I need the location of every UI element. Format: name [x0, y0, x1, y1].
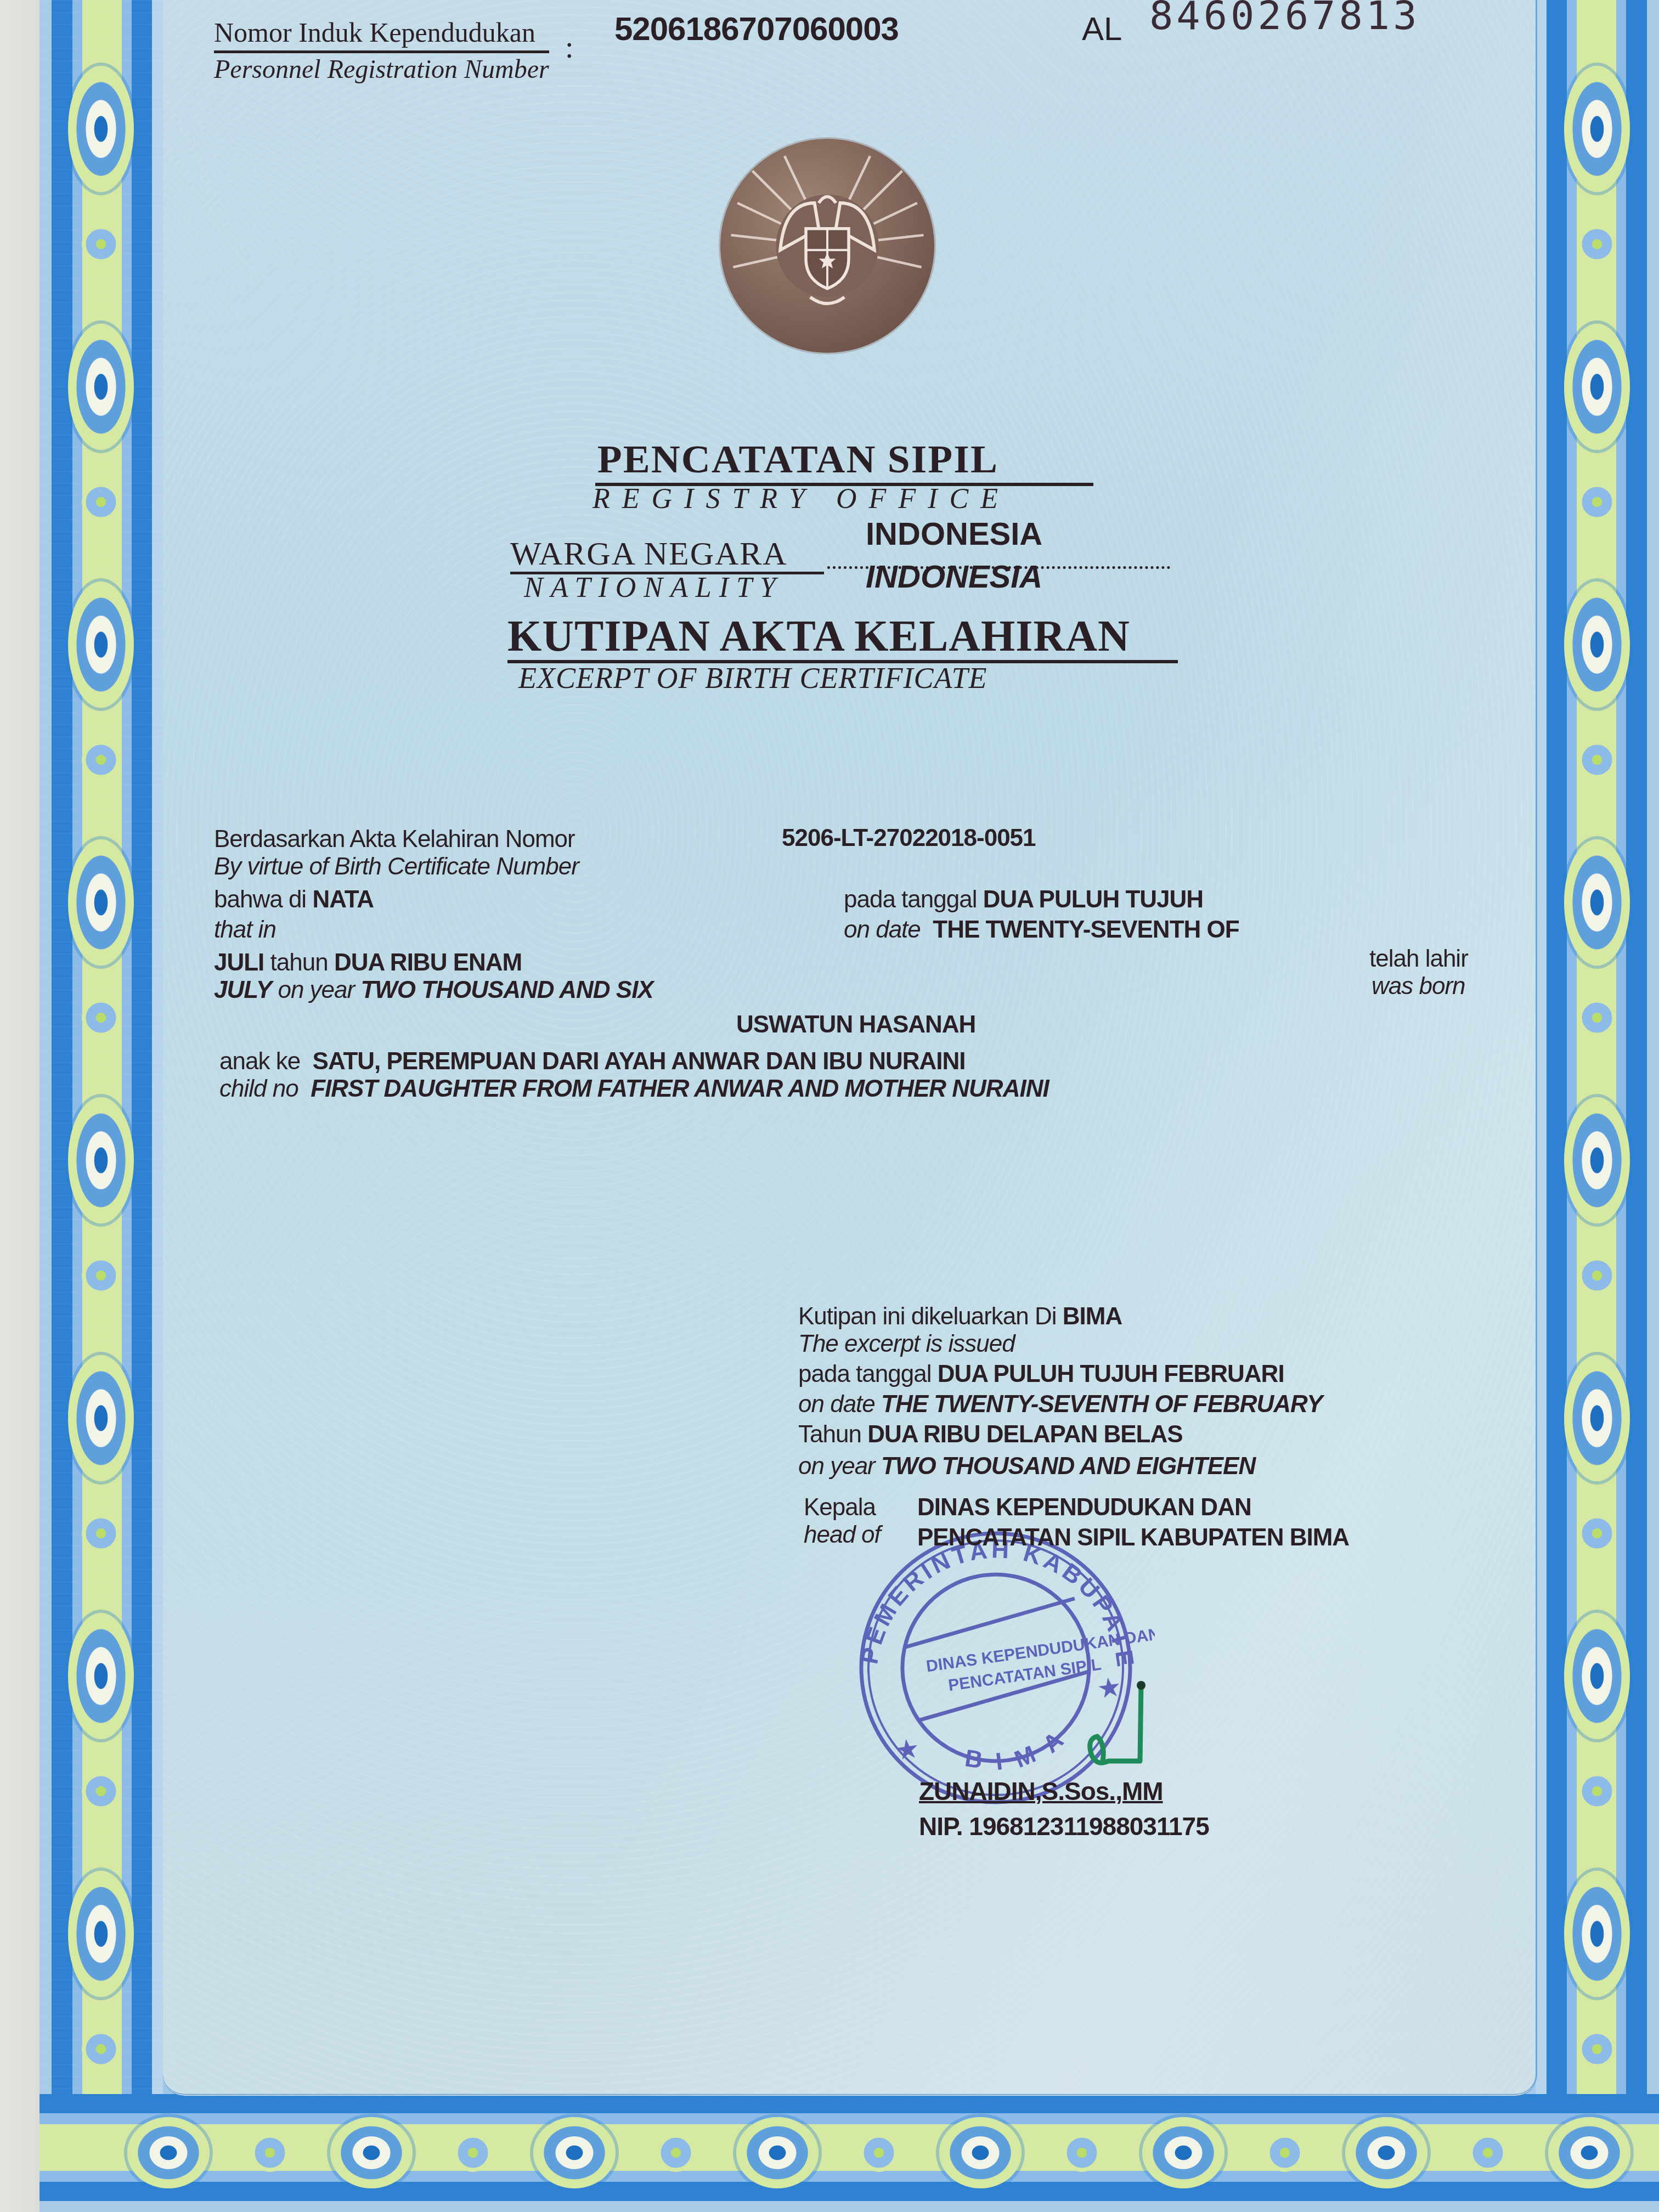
issued-year-value-en: TWO THOUSAND AND EIGHTEEN — [881, 1453, 1255, 1480]
border-ornament — [68, 839, 134, 966]
border-ornament — [82, 998, 120, 1037]
birth-date-en: on date THE TWENTY-SEVENTH OF — [844, 916, 1239, 944]
head-label-en: head of — [804, 1521, 881, 1549]
head-label: Kepala — [804, 1494, 876, 1521]
border-ornament — [82, 2030, 120, 2068]
birth-place-label: bahwa di — [214, 886, 306, 913]
border-ornament — [1578, 483, 1616, 521]
issued-label-en: The excerpt is issued — [798, 1330, 1015, 1358]
serial-number: 8460267813 — [1149, 0, 1420, 38]
signatory-name: ZUNAIDIN,S.Sos.,MM — [919, 1776, 1163, 1806]
birth-place: bahwa di NATA — [214, 886, 374, 913]
office-title-en: REGISTRY OFFICE — [592, 483, 1010, 515]
nik-label-id: Nomor Induk Kependudukan — [214, 16, 549, 53]
issued-date-en: on date THE TWENTY-SEVENTH OF FEBRUARY — [798, 1391, 1322, 1418]
child-order: anak ke SATU, PEREMPUAN DARI AYAH ANWAR … — [219, 1048, 966, 1075]
border-ornament — [251, 2134, 289, 2172]
issued-date-label: pada tanggal — [798, 1361, 931, 1387]
nationality-value: INDONESIA — [866, 516, 1042, 552]
border-ornament — [1564, 66, 1630, 192]
border-ornament — [82, 741, 120, 779]
issued-date-value-en: THE TWENTY-SEVENTH OF FEBRUARY — [881, 1391, 1322, 1418]
nik-label: Nomor Induk Kependudukan Personnel Regis… — [214, 16, 549, 84]
border-ornament — [1548, 2117, 1630, 2188]
child-order-label-en: child no — [219, 1075, 298, 1102]
border-ornament — [127, 2117, 210, 2188]
border-ornament — [1564, 1871, 1630, 1997]
child-order-en: child no FIRST DAUGHTER FROM FATHER ANWA… — [219, 1075, 1049, 1103]
birth-date-label-en: on date — [844, 916, 921, 943]
birth-year: DUA RIBU ENAM — [334, 949, 522, 976]
issued-place-label: Kutipan ini dikeluarkan Di — [798, 1303, 1057, 1330]
born-label-en: was born — [1372, 973, 1465, 1000]
border-ornament — [1063, 2134, 1101, 2172]
border-ornament — [330, 2117, 413, 2188]
border-ornament — [1564, 1355, 1630, 1481]
birth-date-value-en: THE TWENTY-SEVENTH OF — [933, 916, 1239, 943]
border-ornament — [68, 66, 134, 192]
border-ornament — [68, 582, 134, 708]
border-right-motifs — [1536, 0, 1659, 2212]
border-ornament — [1564, 582, 1630, 708]
issued-date: pada tanggal DUA PULUH TUJUH FEBRUARI — [798, 1361, 1284, 1388]
birth-year-label: tahun — [270, 949, 328, 976]
signatory-nip: NIP. 196812311988031175 — [919, 1812, 1209, 1841]
serial-prefix: AL — [1082, 10, 1122, 48]
border-ornament — [1578, 998, 1616, 1037]
border-ornament — [454, 2134, 492, 2172]
issued-place: Kutipan ini dikeluarkan Di BIMA — [798, 1303, 1122, 1330]
nik-label-en: Personnel Registration Number — [214, 54, 549, 84]
issuing-office-line1: DINAS KEPENDUDUKAN DAN — [917, 1494, 1251, 1521]
cert-number-label-en: By virtue of Birth Certificate Number — [214, 853, 579, 881]
issued-date-value: DUA PULUH TUJUH FEBRUARI — [938, 1361, 1284, 1387]
birth-date: pada tanggal DUA PULUH TUJUH — [844, 886, 1203, 913]
border-ornament — [82, 1514, 120, 1553]
border-ornament — [1345, 2117, 1427, 2188]
border-ornament — [82, 1772, 120, 1810]
border-ornament — [68, 1613, 134, 1739]
nationality-label: WARGA NEGARA — [510, 535, 788, 573]
document-heading-en: EXCERPT OF BIRTH CERTIFICATE — [518, 661, 987, 695]
handwritten-signature — [1064, 1679, 1152, 1778]
born-label: telah lahir — [1369, 945, 1468, 973]
issued-year-label: Tahun — [798, 1421, 861, 1448]
border-ornament — [1578, 1514, 1616, 1553]
border-ornament — [1469, 2134, 1507, 2172]
border-ornament — [1564, 324, 1630, 450]
border-ornament — [860, 2134, 898, 2172]
garuda-emblem-icon — [720, 139, 934, 353]
border-ornament — [82, 1256, 120, 1295]
border-ornament — [1578, 2030, 1616, 2068]
border-ornament — [1564, 1613, 1630, 1739]
border-ornament — [1578, 1772, 1616, 1810]
birth-date-value: DUA PULUH TUJUH — [983, 886, 1203, 913]
birth-month-year: JULI tahun DUA RIBU ENAM — [214, 949, 522, 977]
issued-year: Tahun DUA RIBU DELAPAN BELAS — [798, 1421, 1183, 1448]
birth-place-value: NATA — [312, 886, 374, 913]
birth-place-label-en: that in — [214, 916, 276, 944]
border-ornament — [68, 1097, 134, 1223]
birth-year-en: TWO THOUSAND AND SIX — [360, 977, 653, 1003]
border-ornament — [1578, 741, 1616, 779]
border-left-motifs — [39, 0, 163, 2212]
nationality-value-en: INDONESIA — [866, 558, 1042, 595]
birth-month-en: JULY — [214, 977, 272, 1003]
border-ornament — [1578, 225, 1616, 263]
border-ornament — [1564, 839, 1630, 966]
border-ornament — [68, 1871, 134, 1997]
nik-separator: : — [565, 30, 574, 65]
child-name: USWATUN HASANAH — [736, 1011, 975, 1039]
child-order-label: anak ke — [219, 1048, 300, 1075]
border-ornament — [939, 2117, 1022, 2188]
border-ornament — [1142, 2117, 1224, 2188]
border-ornament — [82, 483, 120, 521]
border-ornament — [1564, 1097, 1630, 1223]
nik-value: 5206186707060003 — [614, 10, 899, 48]
issued-place-value: BIMA — [1063, 1303, 1122, 1330]
svg-text:★: ★ — [895, 1735, 920, 1764]
border-bottom-motifs — [39, 2094, 1659, 2212]
issuing-office-line2: PENCATATAN SIPIL KABUPATEN BIMA — [917, 1524, 1349, 1551]
office-title: PENCATATAN SIPIL — [597, 437, 998, 482]
border-ornament — [657, 2134, 695, 2172]
issued-date-label-en: on date — [798, 1391, 875, 1418]
border-ornament — [68, 324, 134, 450]
birth-month: JULI — [214, 949, 264, 976]
issued-year-label-en: on year — [798, 1453, 875, 1480]
border-ornament — [1266, 2134, 1304, 2172]
border-ornament — [736, 2117, 819, 2188]
issued-year-value: DUA RIBU DELAPAN BELAS — [867, 1421, 1182, 1448]
birth-year-label-en: on year — [278, 977, 354, 1003]
border-ornament — [1578, 1256, 1616, 1295]
cert-number-value: 5206-LT-27022018-0051 — [782, 825, 1036, 852]
border-ornament — [533, 2117, 616, 2188]
birth-month-year-en: JULY on year TWO THOUSAND AND SIX — [214, 977, 653, 1004]
border-ornament — [68, 1355, 134, 1481]
child-order-value: SATU, PEREMPUAN DARI AYAH ANWAR DAN IBU … — [313, 1048, 966, 1075]
child-order-value-en: FIRST DAUGHTER FROM FATHER ANWAR AND MOT… — [311, 1075, 1049, 1102]
issued-year-en: on year TWO THOUSAND AND EIGHTEEN — [798, 1453, 1255, 1480]
document-heading: KUTIPAN AKTA KELAHIRAN — [507, 612, 1130, 662]
border-ornament — [82, 225, 120, 263]
nationality-label-en: NATIONALITY — [524, 572, 783, 604]
cert-number-label: Berdasarkan Akta Kelahiran Nomor — [214, 826, 575, 853]
birth-date-label: pada tanggal — [844, 886, 977, 913]
